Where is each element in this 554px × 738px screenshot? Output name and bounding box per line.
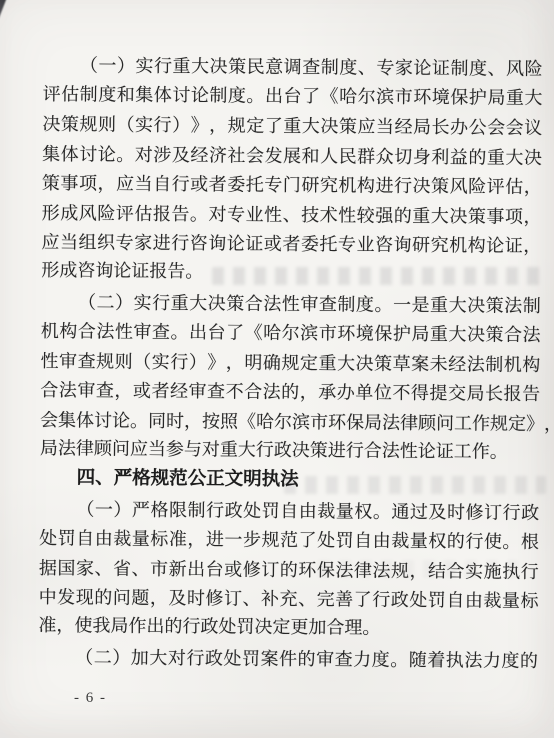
text-line: 中发现的问题，及时修订、补充、完善了行政处罚自由裁量标 (39, 582, 539, 616)
text-line: 集体讨论。对涉及经济社会发展和人民群众切身利益的重大决 (42, 138, 542, 172)
document-body: （一）实行重大决策民意调查制度、专家论证制度、风险评估制度和集体讨论制度。出台了… (38, 49, 543, 674)
text-line: （二）实行重大决策合法性审查制度。一是重大决策法制 (41, 286, 541, 320)
text-line: 据国家、省、市新出台或修订的环保法律法规，结合实施执行 (39, 552, 539, 586)
section-heading-4: 四、严格规范公正文明执法 (40, 463, 540, 497)
text-line: 局法律顾问应当参与对重大行政决策进行合法性论证工作。 (40, 434, 540, 468)
text-line: 形成风险评估报告。对专业性、技术性较强的重大决策事项， (42, 197, 542, 231)
paragraph-1: （一）实行重大决策民意调查制度、专家论证制度、风险评估制度和集体讨论制度。出台了… (41, 49, 543, 290)
text-line: （一）实行重大决策民意调查制度、专家论证制度、风险 (43, 49, 543, 83)
text-line: 决策规则（实行）》，规定了重大决策应当经局长办公会会议 (42, 108, 542, 142)
text-line: （二）加大对行政处罚案件的审查力度。随着执法力度的 (38, 641, 538, 675)
text-line: 评估制度和集体讨论制度。出台了《哈尔滨市环境保护局重大 (43, 79, 543, 113)
section-heading: 四、严格规范公正文明执法 (40, 463, 540, 497)
text-line: 性审查规则（实行）》，明确规定重大决策草案未经法制机构 (40, 345, 540, 379)
text-line: 机构合法性审查。出台了《哈尔滨市环境保护局重大决策合法 (41, 315, 541, 349)
paragraph-2: （二）实行重大决策合法性审查制度。一是重大决策法制机构合法性审查。出台了《哈尔滨… (40, 286, 541, 467)
text-line: 会集体讨论。同时，按照《哈尔滨市环保局法律顾问工作规定》， (40, 404, 540, 438)
text-line: 应当组织专家进行咨询论证或者委托专业咨询研究机构论证， (41, 227, 541, 261)
paragraph-4: （二）加大对行政处罚案件的审查力度。随着执法力度的 (38, 641, 538, 675)
text-line: （一）严格限制行政处罚自由裁量权。通过及时修订行政 (39, 493, 539, 527)
text-line: 合法审查，或者经审查不合法的，承办单位不得提交局长报告 (40, 375, 540, 409)
text-line: 策事项，应当自行或者委托专门研究机构进行决策风险评估， (42, 167, 542, 201)
text-line: 准，使我局作出的行政处罚决定更加合理。 (38, 611, 538, 645)
page-number: - 6 - (74, 690, 107, 707)
text-line: 处罚自由裁量标准，进一步规范了处罚自由裁量权的行使。根 (39, 522, 539, 556)
scan-corner-artifact (0, 0, 8, 54)
scanned-document-page: （一）实行重大决策民意调查制度、专家论证制度、风险评估制度和集体讨论制度。出台了… (0, 0, 554, 738)
paragraph-3: （一）严格限制行政处罚自由裁量权。通过及时修订行政处罚自由裁量标准，进一步规范了… (38, 493, 539, 645)
text-line: 形成咨询论证报告。 (41, 256, 541, 290)
